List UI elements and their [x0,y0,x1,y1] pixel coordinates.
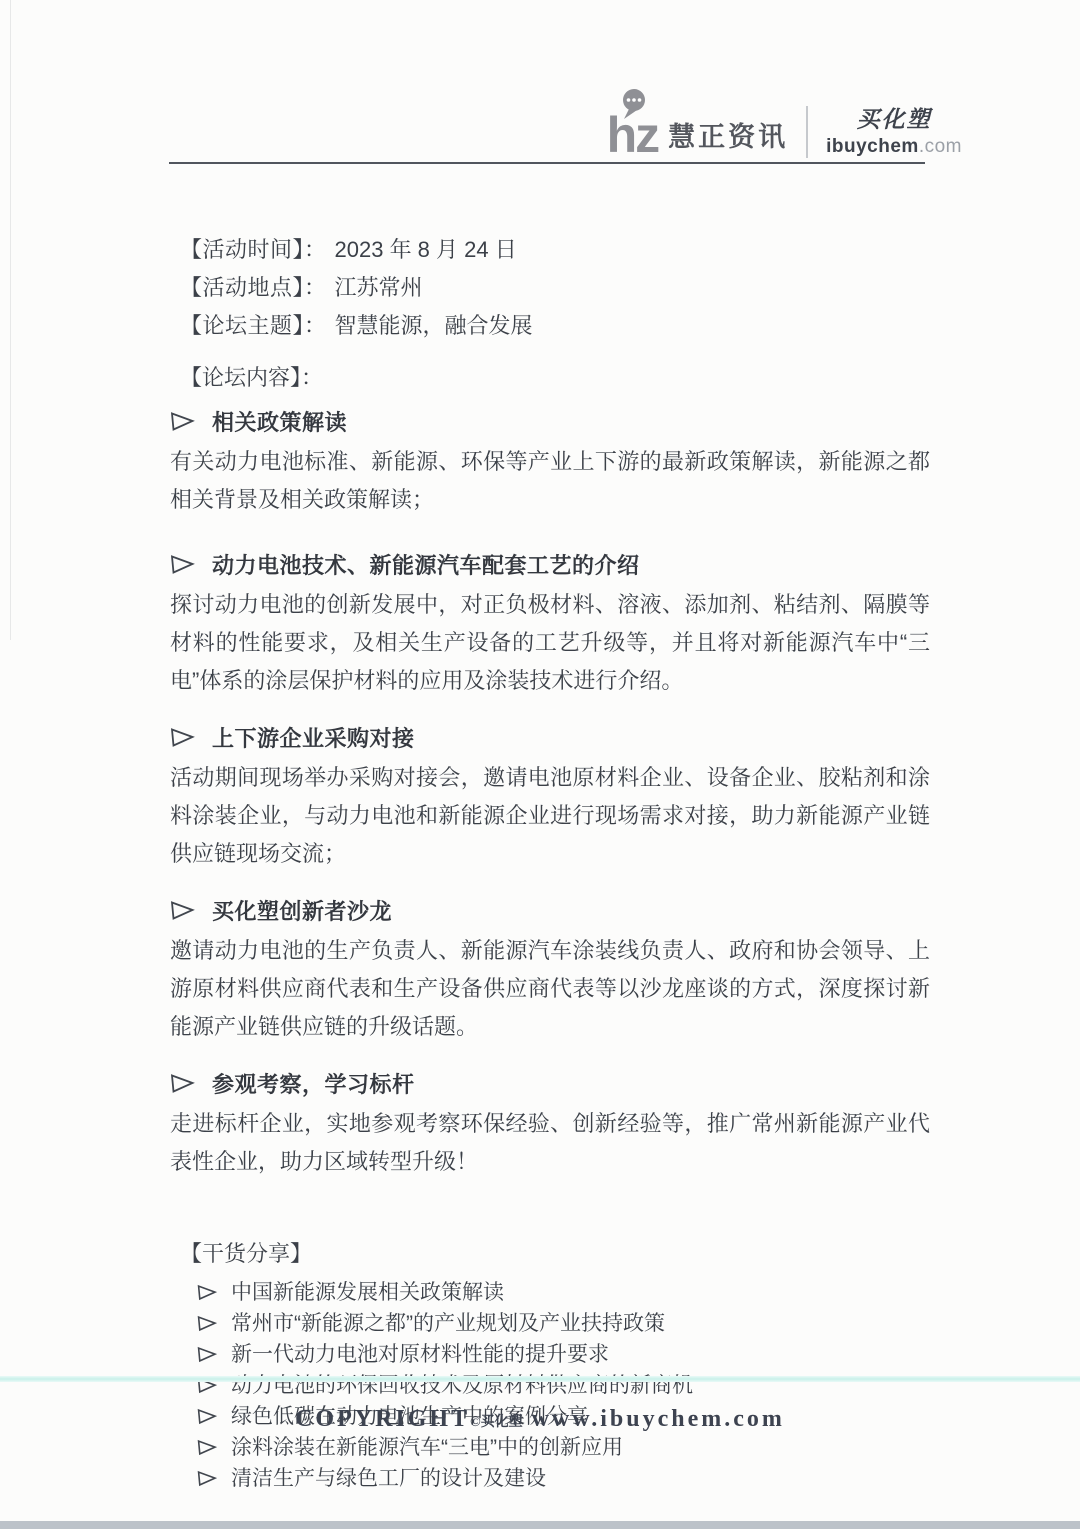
section-salon: 买化塑创新者沙龙 邀请动力电池的生产负责人、新能源汽车涂装线负责人、政府和协会领… [170,895,930,1046]
event-time-row: 【活动时间】：2023 年 8 月 24 日 [180,231,930,269]
forum-theme-label: 【论坛主题】： [180,313,327,338]
section-paragraph: 有关动力电池标准、新能源、环保等产业上下游的最新政策解读，新能源之都相关背景及相… [170,443,930,519]
section-paragraph: 活动期间现场举办采购对接会，邀请电池原材料企业、设备企业、胶粘剂和涂料涂装企业，… [170,759,930,873]
section-paragraph: 邀请动力电池的生产负责人、新能源汽车涂装线负责人、政府和协会领导、上游原材料供应… [170,932,930,1046]
hz-logo-mark: hz [607,94,659,160]
arrow-bullet-icon [170,411,195,432]
brand-name: 慧正资讯 [668,115,788,154]
header-logo: hz 慧正资讯 买化塑 ibuychem.com [607,94,962,160]
event-time-label: 【活动时间】： [180,237,327,262]
page-scan-edge [10,0,11,640]
list-item-text: 清洁生产与绿色工厂的设计及建设 [231,1463,546,1494]
copyright-text: COPYRIGHT [295,1406,470,1432]
sub-brand-name: 买化塑 [857,101,932,134]
list-item-text: 动力电池的环保回收技术及原材料供应商的新商机 [231,1370,693,1401]
forum-theme-row: 【论坛主题】：智慧能源，融合发展 [180,307,930,345]
section-procurement: 上下游企业采购对接 活动期间现场举办采购对接会，邀请电池原材料企业、设备企业、胶… [170,722,930,873]
section-heading-text: 上下游企业采购对接 [212,722,415,753]
list-item: 常州市“新能源之都”的产业规划及产业扶持政策 [197,1308,930,1339]
section-heading: 相关政策解读 [170,406,930,437]
section-visit: 参观考察，学习标杆 走进标杆企业，实地参观考察环保经验、创新经验等，推广常州新能… [170,1068,930,1181]
section-heading-text: 买化塑创新者沙龙 [212,895,392,926]
footer-divider-line [0,1376,1080,1382]
sharing-title: 【干货分享】 [180,1237,930,1271]
sub-brand-domain-text: ibuychem [826,136,919,157]
list-item: 动力电池的环保回收技术及原材料供应商的新商机 [197,1370,930,1401]
section-paragraph: 走进标杆企业，实地参观考察环保经验、创新经验等，推广常州新能源产业代表性企业，助… [170,1105,930,1181]
list-item-text: 涂料涂装在新能源汽车“三电”中的创新应用 [231,1432,623,1463]
section-heading: 上下游企业采购对接 [170,722,930,753]
arrow-bullet-icon [197,1470,217,1487]
section-heading: 买化塑创新者沙龙 [170,895,930,926]
arrow-bullet-icon [197,1439,217,1456]
sub-brand: 买化塑 ibuychem.com [826,101,962,158]
event-location-label: 【活动地点】： [180,275,327,300]
section-heading-text: 动力电池技术、新能源汽车配套工艺的介绍 [212,549,640,580]
arrow-bullet-icon [197,1346,217,1363]
arrow-bullet-icon [170,727,195,748]
scan-bottom-strip [0,1521,1080,1529]
section-heading: 动力电池技术、新能源汽车配套工艺的介绍 [170,549,930,580]
section-policy: 相关政策解读 有关动力电池标准、新能源、环保等产业上下游的最新政策解读，新能源之… [170,406,930,519]
arrow-bullet-icon [170,900,195,921]
list-item-text: 新一代动力电池对原材料性能的提升要求 [231,1339,609,1370]
copyright-brand: ©买化塑 [470,1415,522,1430]
logo-divider [806,106,808,158]
event-time-value: 2023 年 8 月 24 日 [335,237,517,262]
forum-theme-value: 智慧能源，融合发展 [335,313,533,338]
arrow-bullet-icon [197,1315,217,1332]
sub-brand-domain: ibuychem.com [826,136,962,158]
list-item: 中国新能源发展相关政策解读 [197,1277,930,1308]
sharing-list: 中国新能源发展相关政策解读 常州市“新能源之都”的产业规划及产业扶持政策 新一代… [170,1277,930,1494]
section-heading-text: 参观考察，学习标杆 [212,1068,415,1099]
list-item-text: 中国新能源发展相关政策解读 [231,1277,504,1308]
event-location-row: 【活动地点】：江苏常州 [180,269,930,307]
section-heading-text: 相关政策解读 [212,406,347,437]
list-item: 清洁生产与绿色工厂的设计及建设 [197,1463,930,1494]
arrow-bullet-icon [197,1284,217,1301]
event-meta: 【活动时间】：2023 年 8 月 24 日 【活动地点】：江苏常州 【论坛主题… [180,231,930,345]
document-body: 【活动时间】：2023 年 8 月 24 日 【活动地点】：江苏常州 【论坛主题… [170,231,930,1494]
arrow-bullet-icon [170,554,195,575]
arrow-bullet-icon [170,1073,195,1094]
speech-bubble-icon [620,88,650,122]
list-item: 涂料涂装在新能源汽车“三电”中的创新应用 [197,1432,930,1463]
section-paragraph: 探讨动力电池的创新发展中，对正负极材料、溶液、添加剂、粘结剂、隔膜等材料的性能要… [170,586,930,700]
copyright-url: www.ibuychem.com [523,1406,785,1432]
list-item-text: 常州市“新能源之都”的产业规划及产业扶持政策 [231,1308,665,1339]
section-heading: 参观考察，学习标杆 [170,1068,930,1099]
page-footer: COPYRIGHT©买化塑 www.ibuychem.com [0,1406,1080,1433]
list-item: 新一代动力电池对原材料性能的提升要求 [197,1339,930,1370]
forum-content-title: 【论坛内容】： [180,360,930,396]
section-battery-tech: 动力电池技术、新能源汽车配套工艺的介绍 探讨动力电池的创新发展中，对正负极材料、… [170,549,930,700]
event-location-value: 江苏常州 [335,275,423,300]
header-rule [169,162,925,164]
sub-brand-tld: .com [919,136,962,157]
sharing-section: 【干货分享】 中国新能源发展相关政策解读 常州市“新能源之都”的产业规划及产业扶… [170,1237,930,1494]
